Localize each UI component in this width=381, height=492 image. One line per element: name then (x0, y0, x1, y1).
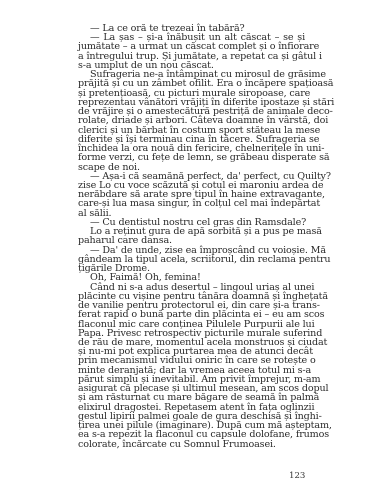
text-line: colorate, încărcate cu Somnul Frumoasei. (78, 440, 305, 449)
text-line: care-și lua masa singur, în colțul cel m… (78, 199, 305, 208)
page-number: 123 (289, 471, 305, 481)
page-text: — La ce oră te trezeai în tabără?— La șa… (78, 24, 305, 449)
